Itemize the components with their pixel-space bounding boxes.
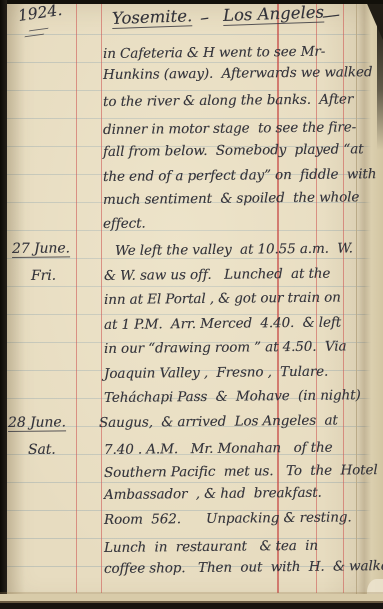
header-title-yosemite: Yosemite. [112,6,193,29]
handwritten-line: much sentiment & spoiled the whole [103,188,359,210]
handwritten-line: the end of a perfect day” on fiddle with [103,165,377,187]
handwritten-line: Hunkins (away). Afterwards we walked [103,63,373,85]
entry-day: Sat. [28,441,56,460]
entry-day: Fri. [31,267,56,286]
handwritten-line: Ambassador , & had breakfast. [104,484,322,505]
bottom-page-edge [0,592,383,609]
handwritten-line: Joaquin Valley , Fresno , Tulare. [104,363,328,384]
handwritten-line: coffee shop. Then out with H. & walked [104,557,383,579]
handwritten-line: effect. [103,215,146,234]
header-trailing-dash: — [321,4,341,27]
entry-date: 28 June. [8,413,66,433]
handwritten-line: in our “drawing room ” at 4.50. Via [104,337,347,359]
entry-date: 27 June. [12,239,70,259]
handwritten-line: Teháchapi Pass & Mohave (in night) [104,386,361,408]
handwritten-line: We left the valley at 10.55 a.m. W. [115,240,353,261]
handwritten-line: at 1 P.M. Arr. Merced 4.40. & left [104,314,341,335]
entry-date-text: 27 June. [12,240,70,258]
left-margin-line-1 [76,4,77,593]
handwritten-line: dinner in motor stage to see the fire- [103,118,356,140]
journal-page-photo: 1924. Yosemite. – Los Angeles — in Cafet… [0,0,383,609]
handwritten-line: Saugus, & arrived Los Angeles at [99,412,338,433]
handwritten-line: Lunch in restaurant & tea in [104,537,318,558]
book-binding-strip [0,0,7,609]
handwritten-line: to the river & along the banks. After [103,90,353,112]
handwritten-line: in Cafeteria & H went to see Mr- [103,43,325,64]
entry-date-text: 28 June. [8,414,66,432]
handwritten-line: inn at El Portal , & got our train on [104,289,341,310]
handwritten-line: fall from below. Somebody played “at [103,140,364,162]
handwritten-line: 7.40 . A.M. Mr. Monahan of the [104,439,333,460]
handwritten-line: Room 562. Unpacking & resting. [104,508,352,530]
handwritten-line: Southern Pacific met us. To the Hotel [104,461,378,483]
header-title-los-angeles: Los Angeles [223,2,325,26]
handwritten-line: & W. saw us off. Lunched at the [104,265,330,286]
